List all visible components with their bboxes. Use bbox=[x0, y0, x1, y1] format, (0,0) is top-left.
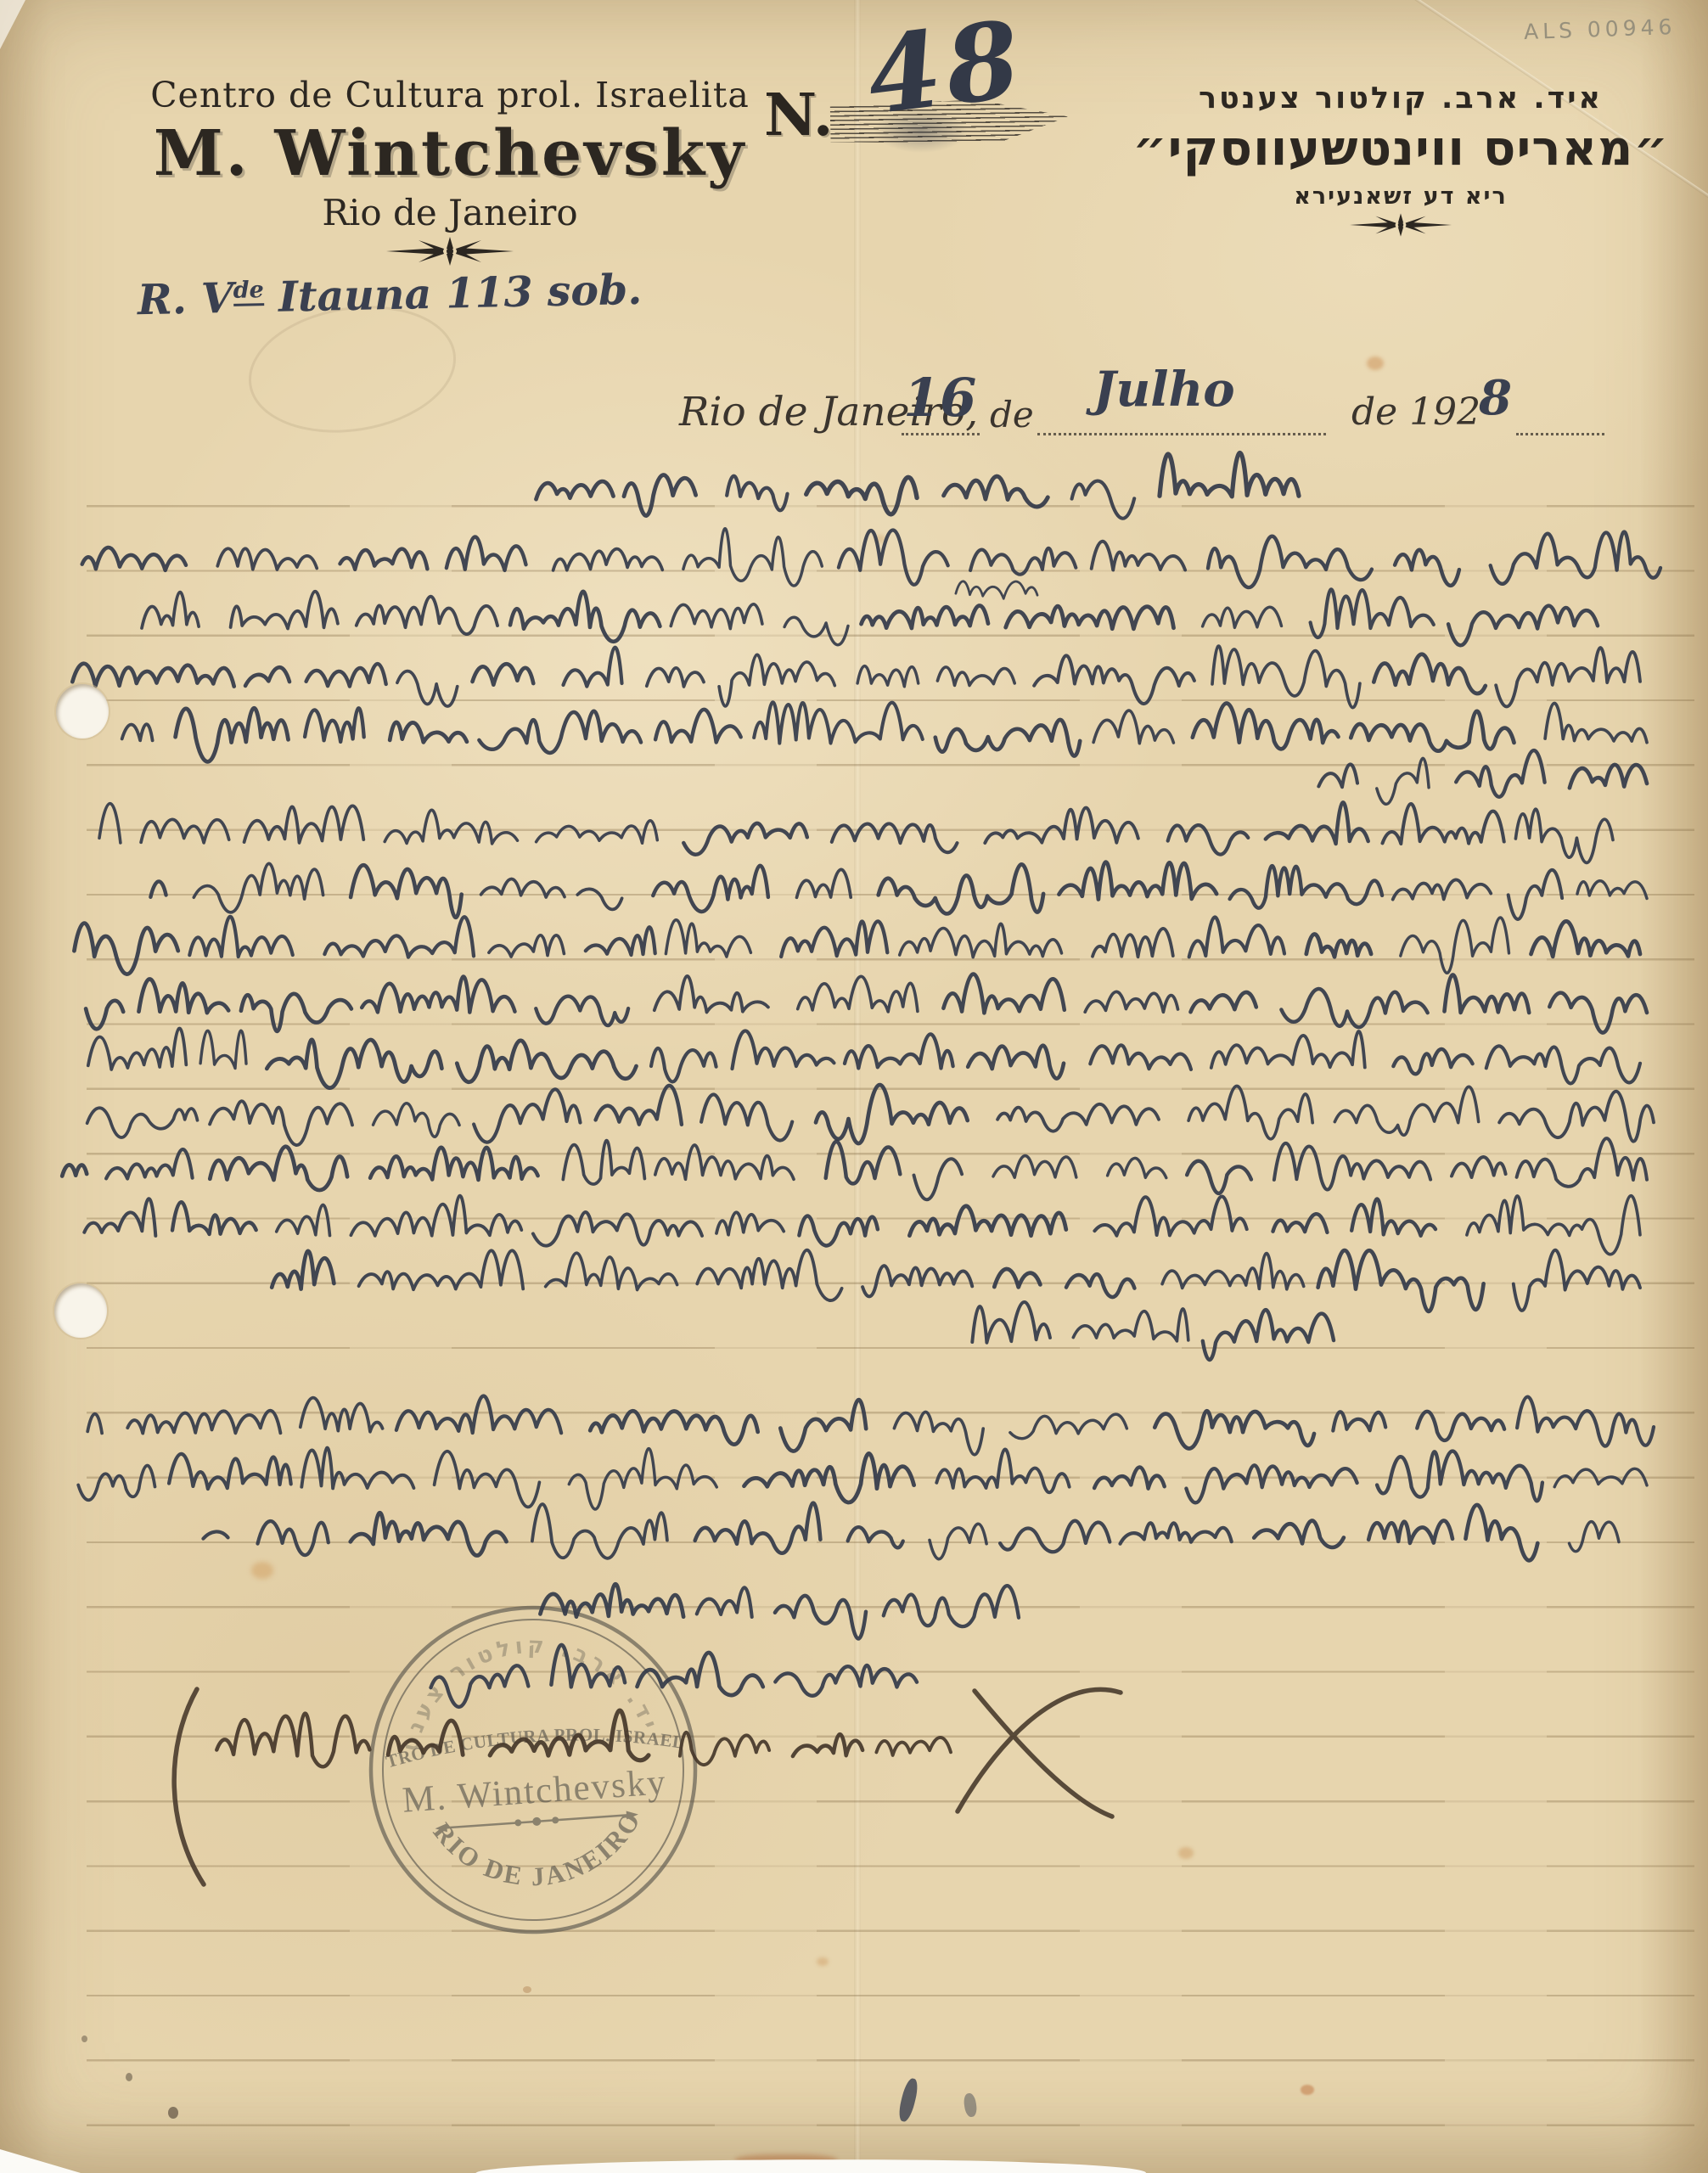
handwriting-line bbox=[972, 1302, 1334, 1360]
stamp-city-arc: RIO DE JANEIRO bbox=[426, 1803, 651, 1899]
handwriting-line bbox=[62, 1138, 1647, 1199]
handwriting-line bbox=[72, 646, 1640, 708]
handwriting-line bbox=[88, 1028, 1640, 1087]
letter-document: Centro de Cultura prol. Israelita M. Win… bbox=[0, 0, 1708, 2173]
handwriting-line bbox=[122, 702, 1647, 761]
handwriting-line bbox=[272, 1250, 1640, 1311]
punch-hole bbox=[56, 684, 109, 738]
handwriting-line bbox=[87, 1396, 1654, 1455]
handwriting-line bbox=[203, 1503, 1619, 1561]
handwriting-line bbox=[540, 1584, 1019, 1638]
handwriting-line bbox=[82, 529, 1660, 587]
handwriting-line bbox=[86, 974, 1647, 1033]
handwriting-line bbox=[87, 1085, 1654, 1145]
handwriting-line bbox=[84, 1196, 1640, 1255]
handwriting-line bbox=[99, 802, 1613, 862]
ink-overlay: איד. ארב. קולטור צענטר CENTRO DE CULTURA… bbox=[0, 0, 1708, 2173]
signature-handwriting bbox=[216, 1710, 951, 1766]
stamp-hebrew-arc: איד. ארב. קולטור צענטר bbox=[0, 0, 664, 1784]
handwriting-line bbox=[1318, 750, 1647, 804]
handwriting-line bbox=[537, 453, 1300, 519]
handwriting-line bbox=[74, 917, 1640, 974]
handwriting-line bbox=[956, 581, 1037, 598]
handwriting-line bbox=[150, 862, 1647, 919]
handwriting-line bbox=[142, 589, 1598, 645]
punch-hole bbox=[54, 1283, 107, 1338]
handwriting-line bbox=[78, 1448, 1647, 1509]
